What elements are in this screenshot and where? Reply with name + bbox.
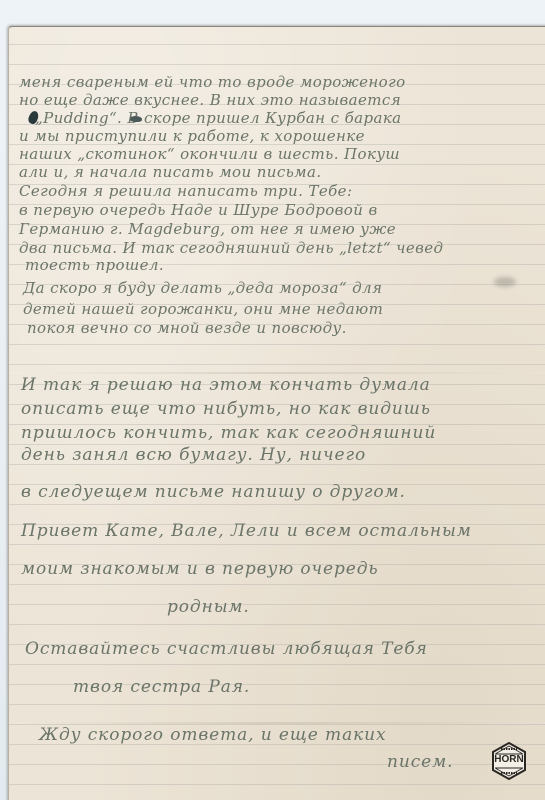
paper-smudge [494, 277, 516, 287]
letter-line: описать еще что нибуть, но как видишь [21, 399, 431, 419]
letter-line: родным. [167, 597, 250, 617]
letter-line: покоя вечно со мной везде и повсюду. [27, 319, 347, 337]
letter-line: моим знакомым и в первую очередь [21, 559, 379, 579]
letter-line: меня свареным ей что то вроде мороженого [19, 73, 406, 91]
postscript-line: писем. [387, 752, 453, 772]
postscript-line: Жду скорого ответа, и еще таких [39, 725, 387, 745]
letter-sheet: меня свареным ей что то вроде мороженого… [8, 26, 545, 800]
letter-line: в первую очередь Наде и Шуре Бодровой в [19, 201, 378, 219]
letter-line: детей нашей горожанки, они мне недают [23, 300, 383, 318]
letter-line: наших „скотинок“ окончили в шесть. Покуш [19, 145, 400, 163]
letter-line: Сегодня я решила написать три. Тебе: [19, 182, 352, 200]
letter-line: день занял всю бумагу. Ну, ничего [21, 445, 366, 465]
horn-logo-stamp: HORN [491, 742, 527, 780]
letter-line: али и, я начала писать мои письма. [19, 163, 322, 181]
letter-line: и мы приступили к работе, к хорошенке [19, 127, 365, 145]
letter-line: Привет Кате, Вале, Лели и всем остальным [21, 521, 472, 541]
letter-line: Да скоро я буду делать „деда мороза“ для [23, 279, 382, 297]
letter-body: меня свареным ей что то вроде мороженого… [9, 27, 545, 800]
letter-line: пришлось кончить, так как сегодняшний [21, 423, 436, 443]
ink-blot [130, 116, 142, 122]
letter-line: „Pudding“. В скоре пришел Курбан с барак… [35, 109, 402, 127]
letter-line: И так я решаю на этом кончать думала [21, 375, 431, 395]
letter-line: два письма. И так сегодняшний день „letz… [19, 239, 443, 257]
letter-line: Германию г. Magdeburg, от нее я имею уже [19, 220, 396, 238]
letter-line: в следуещем письме напишу о другом. [21, 482, 406, 502]
stamp-brand-text: HORN [491, 754, 527, 765]
letter-line: но еще даже вкуснее. В них это называетс… [19, 91, 401, 109]
closing-line: Оставайтесь счастливы любящая Тебя [25, 639, 428, 659]
letter-line: тоесть прошел. [25, 256, 164, 274]
signature-line: твоя сестра Рая. [73, 677, 250, 697]
